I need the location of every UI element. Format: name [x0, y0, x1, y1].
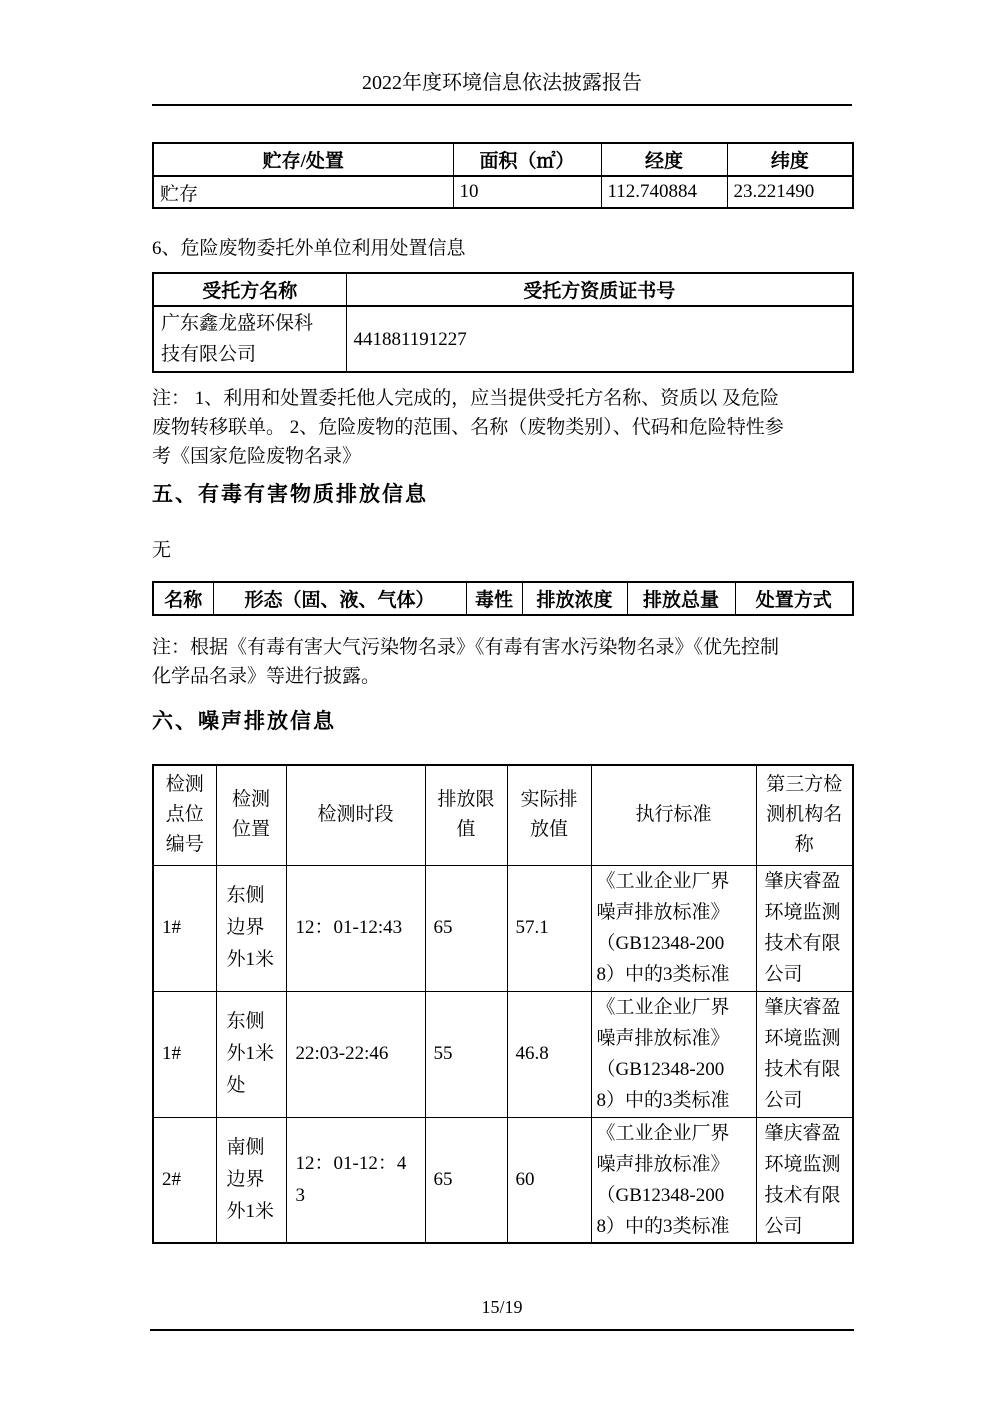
title-divider: [152, 104, 852, 106]
noise-standard-cell: 《工业企业厂界 噪声排放标准》 （GB12348-200 8）中的3类标准: [591, 991, 756, 1117]
noise-table-header-row: 检测 点位 编号 检测 位置 检测时段 排放限 值 实际排 放值 执行标准 第三…: [153, 765, 853, 865]
noise-period-cell: 22:03-22:46: [286, 991, 425, 1117]
noise-header-limit: 排放限 值: [425, 765, 507, 865]
document-title: 2022年度环境信息依法披露报告: [152, 70, 852, 96]
storage-table: 贮存/处置 面积（㎡） 经度 纬度 贮存 10 112.740884 23.22…: [152, 142, 854, 209]
noise-header-location: 检测 位置: [216, 765, 286, 865]
noise-table: 检测 点位 编号 检测 位置 检测时段 排放限 值 实际排 放值 执行标准 第三…: [152, 764, 854, 1244]
storage-latitude-cell: 23.221490: [727, 176, 853, 208]
storage-area-cell: 10: [453, 176, 601, 208]
noise-limit-cell: 65: [425, 1117, 507, 1243]
toxic-empty-text: 无: [152, 538, 852, 564]
footer-divider: [150, 1329, 854, 1331]
storage-table-row: 贮存 10 112.740884 23.221490: [153, 176, 853, 208]
entrust-name-cell: 广东鑫龙盛环保科 技有限公司: [153, 306, 346, 372]
noise-agency-cell: 肇庆睿盈 环境监测 技术有限 公司: [756, 865, 853, 991]
noise-section-heading: 六、噪声排放信息: [152, 708, 852, 736]
toxic-header-total: 排放总量: [627, 582, 735, 615]
noise-point-cell: 1#: [153, 865, 216, 991]
storage-header-latitude: 纬度: [727, 143, 853, 176]
noise-limit-cell: 65: [425, 865, 507, 991]
entrust-header-name: 受托方名称: [153, 273, 346, 306]
noise-agency-cell: 肇庆睿盈 环境监测 技术有限 公司: [756, 1117, 853, 1243]
noise-header-actual: 实际排 放值: [507, 765, 591, 865]
toxic-table: 名称 形态（固、液、气体） 毒性 排放浓度 排放总量 处置方式: [152, 581, 854, 616]
toxic-header-concentration: 排放浓度: [522, 582, 627, 615]
storage-header-longitude: 经度: [601, 143, 727, 176]
noise-actual-cell: 60: [507, 1117, 591, 1243]
toxic-section-heading: 五、有毒有害物质排放信息: [152, 481, 852, 509]
noise-period-cell: 12：01-12:43: [286, 865, 425, 991]
entrust-table-row: 广东鑫龙盛环保科 技有限公司 441881191227: [153, 306, 853, 372]
page-content: 2022年度环境信息依法披露报告 贮存/处置 面积（㎡） 经度 纬度 贮存 10…: [152, 0, 852, 1244]
entrust-table-header-row: 受托方名称 受托方资质证书号: [153, 273, 853, 306]
noise-header-standard: 执行标准: [591, 765, 756, 865]
toxic-header-toxicity: 毒性: [466, 582, 522, 615]
noise-location-cell: 东侧 边界 外1米: [216, 865, 286, 991]
noise-header-period: 检测时段: [286, 765, 425, 865]
noise-standard-cell: 《工业企业厂界 噪声排放标准》 （GB12348-200 8）中的3类标准: [591, 865, 756, 991]
noise-table-row: 1# 东侧 外1米 处 22:03-22:46 55 46.8 《工业企业厂界 …: [153, 991, 853, 1117]
page-number: 15/19: [152, 1294, 852, 1320]
noise-actual-cell: 46.8: [507, 991, 591, 1117]
entrust-header-certificate: 受托方资质证书号: [346, 273, 853, 306]
hazardous-entrust-note: 注： 1、利用和处置委托他人完成的，应当提供受托方名称、资质以 及危险 废物转移…: [152, 384, 852, 471]
entrust-table: 受托方名称 受托方资质证书号 广东鑫龙盛环保科 技有限公司 4418811912…: [152, 272, 854, 373]
toxic-section-note: 注：根据《有毒有害大气污染物名录》《有毒有害水污染物名录》《优先控制 化学品名录…: [152, 633, 852, 691]
noise-table-row: 1# 东侧 边界 外1米 12：01-12:43 65 57.1 《工业企业厂界…: [153, 865, 853, 991]
noise-header-agency: 第三方检 测机构名 称: [756, 765, 853, 865]
noise-table-row: 2# 南侧 边界 外1米 12：01-12：4 3 65 60 《工业企业厂界 …: [153, 1117, 853, 1243]
noise-header-point-id: 检测 点位 编号: [153, 765, 216, 865]
storage-table-header-row: 贮存/处置 面积（㎡） 经度 纬度: [153, 143, 853, 176]
storage-longitude-cell: 112.740884: [601, 176, 727, 208]
noise-actual-cell: 57.1: [507, 865, 591, 991]
noise-limit-cell: 55: [425, 991, 507, 1117]
toxic-table-header-row: 名称 形态（固、液、气体） 毒性 排放浓度 排放总量 处置方式: [153, 582, 853, 615]
hazardous-entrust-heading: 6、危险废物委托外单位利用处置信息: [152, 235, 852, 262]
toxic-header-name: 名称: [153, 582, 213, 615]
noise-period-cell: 12：01-12：4 3: [286, 1117, 425, 1243]
noise-location-cell: 东侧 外1米 处: [216, 991, 286, 1117]
storage-header-area: 面积（㎡）: [453, 143, 601, 176]
noise-standard-cell: 《工业企业厂界 噪声排放标准》 （GB12348-200 8）中的3类标准: [591, 1117, 756, 1243]
noise-agency-cell: 肇庆睿盈 环境监测 技术有限 公司: [756, 991, 853, 1117]
noise-location-cell: 南侧 边界 外1米: [216, 1117, 286, 1243]
storage-type-cell: 贮存: [153, 176, 453, 208]
toxic-header-disposal: 处置方式: [735, 582, 853, 615]
entrust-certificate-cell: 441881191227: [346, 306, 853, 372]
report-page: 2022年度环境信息依法披露报告 贮存/处置 面积（㎡） 经度 纬度 贮存 10…: [0, 0, 1000, 1414]
toxic-header-form: 形态（固、液、气体）: [213, 582, 466, 615]
storage-header-type: 贮存/处置: [153, 143, 453, 176]
noise-point-cell: 1#: [153, 991, 216, 1117]
noise-point-cell: 2#: [153, 1117, 216, 1243]
